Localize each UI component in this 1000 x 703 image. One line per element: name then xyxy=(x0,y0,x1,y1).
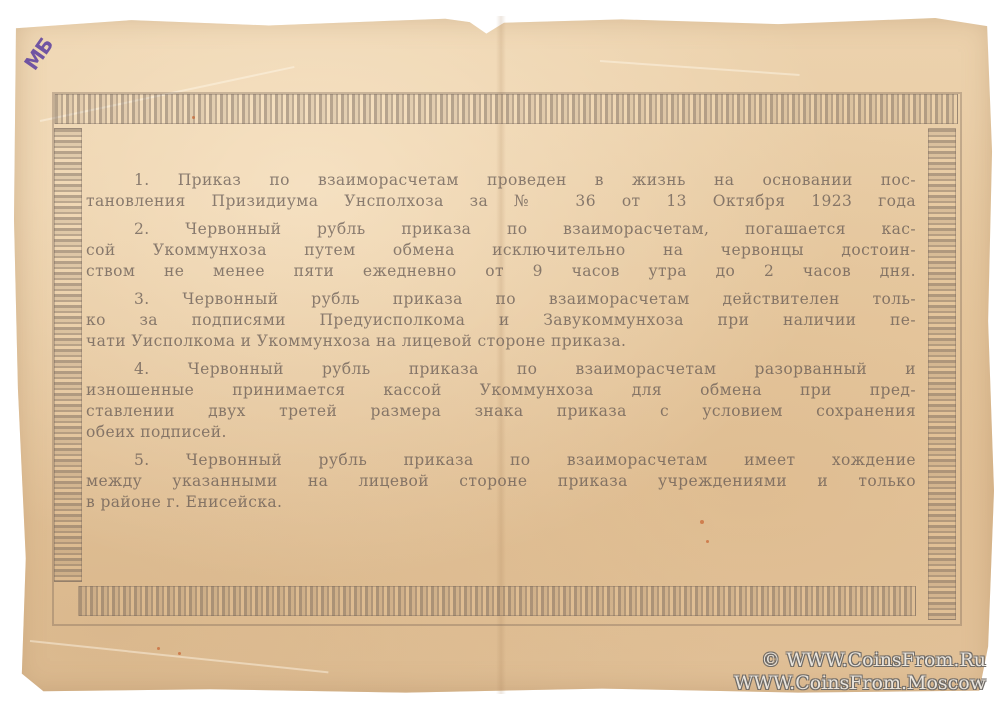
text-line: 3. Червонный рубль приказа по взаиморасч… xyxy=(86,289,916,310)
text-line: чати Уисполкома и Укоммунхоза на лицевой… xyxy=(86,331,916,352)
text-line: ставлении двух третей размера знака прик… xyxy=(86,401,916,422)
paragraph-1: 1. Приказ по взаиморасчетам проведен в ж… xyxy=(86,170,916,212)
stain-spot xyxy=(706,540,709,543)
text-line: ко за подписями Предуисполкома и Завуком… xyxy=(86,310,916,331)
paragraph-3: 3. Червонный рубль приказа по взаиморасч… xyxy=(86,289,916,352)
paragraph-5: 5. Червонный рубль приказа по взаиморасч… xyxy=(86,450,916,513)
banknote-text: 1. Приказ по взаиморасчетам проведен в ж… xyxy=(86,170,916,520)
stain-spot xyxy=(192,116,195,119)
ornamental-border-left xyxy=(54,128,82,582)
paragraph-2: 2. Червонный рубль приказа по взаиморасч… xyxy=(86,219,916,282)
text-line: 5. Червонный рубль приказа по взаиморасч… xyxy=(86,450,916,471)
text-line: в районе г. Енисейска. xyxy=(86,492,916,513)
text-line: обеих подписей. xyxy=(86,422,916,443)
paragraph-4: 4. Червонный рубль приказа по взаиморасч… xyxy=(86,359,916,443)
watermark-line-2: WWW.CoinsFrom.Moscow xyxy=(734,672,986,695)
stain-spot xyxy=(178,652,181,655)
watermark: © WWW.CoinsFrom.Ru WWW.CoinsFrom.Moscow xyxy=(734,649,986,695)
ornamental-border-top xyxy=(54,94,958,124)
stain-spot xyxy=(700,520,704,524)
watermark-line-1: © WWW.CoinsFrom.Ru xyxy=(734,649,986,672)
ornamental-border-bottom xyxy=(78,586,916,616)
text-line: ством не менее пяти ежедневно от 9 часов… xyxy=(86,261,916,282)
stain-spot xyxy=(157,647,160,650)
text-line: изношенные принимается кассой Укоммунхоз… xyxy=(86,380,916,401)
text-line: 4. Червонный рубль приказа по взаиморасч… xyxy=(86,359,916,380)
text-line: 2. Червонный рубль приказа по взаиморасч… xyxy=(86,219,916,240)
text-line: 1. Приказ по взаиморасчетам проведен в ж… xyxy=(86,170,916,191)
text-line: сой Укоммунхоза путем обмена исключитель… xyxy=(86,240,916,261)
text-line: тановления Призидиума Унсполхоза за № 36… xyxy=(86,191,916,212)
ornamental-border-right xyxy=(928,128,956,620)
text-line: между указанными на лицевой стороне прик… xyxy=(86,471,916,492)
